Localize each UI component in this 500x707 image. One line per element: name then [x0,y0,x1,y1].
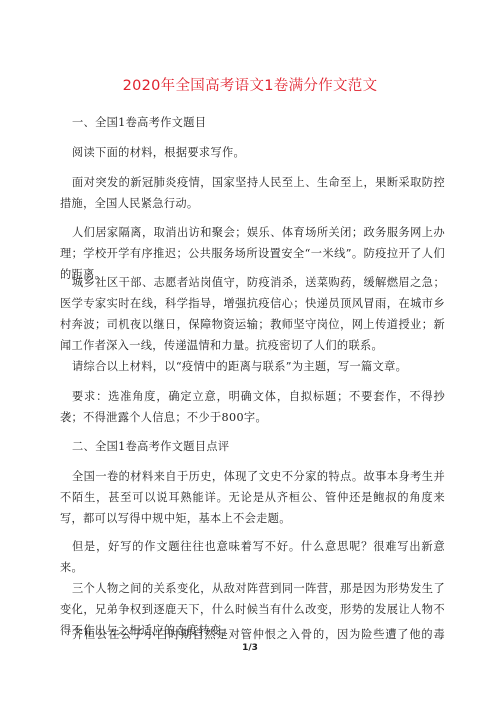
paragraph: 面对突发的新冠肺炎疫情，国家坚持人民至上、生命至上，果断采取防控措施，全国人民紧… [60,172,445,214]
paragraph: 要求：选准角度，确定立意，明确文体，自拟标题；不要套作，不得抄袭；不得泄露个人信… [60,386,445,428]
page-indicator: 1/3 [0,643,500,653]
paragraph: 但是，好写的作文题往往也意味着写不好。什么意思呢？很难写出新意来。 [60,536,445,578]
paragraph: 阅读下面的材料，根据要求写作。 [60,142,445,163]
document-title: 2020年全国高考语文1卷满分作文范文 [0,74,500,95]
paragraph: 城乡社区干部、志愿者站岗值守，防疫消杀，送菜购药，缓解燃眉之急；医学专家实时在线… [60,272,445,356]
section-heading-2: 二、全国1卷高考作文题目点评 [60,436,445,457]
paragraph: 齐桓公在公子小白时期自然是对管仲恨之入骨的，因为险些遭了他的毒手；鲍叔和 [60,624,445,642]
paragraph: 请综合以上材料，以“疫情中的距离与联系”为主题，写一篇文章。 [60,356,445,377]
paragraph: 全国一卷的材料来自于历史，体现了文史不分家的特点。故事本身考生并不陌生，甚至可以… [60,466,445,529]
section-heading-1: 一、全国1卷高考作文题目 [60,112,445,133]
